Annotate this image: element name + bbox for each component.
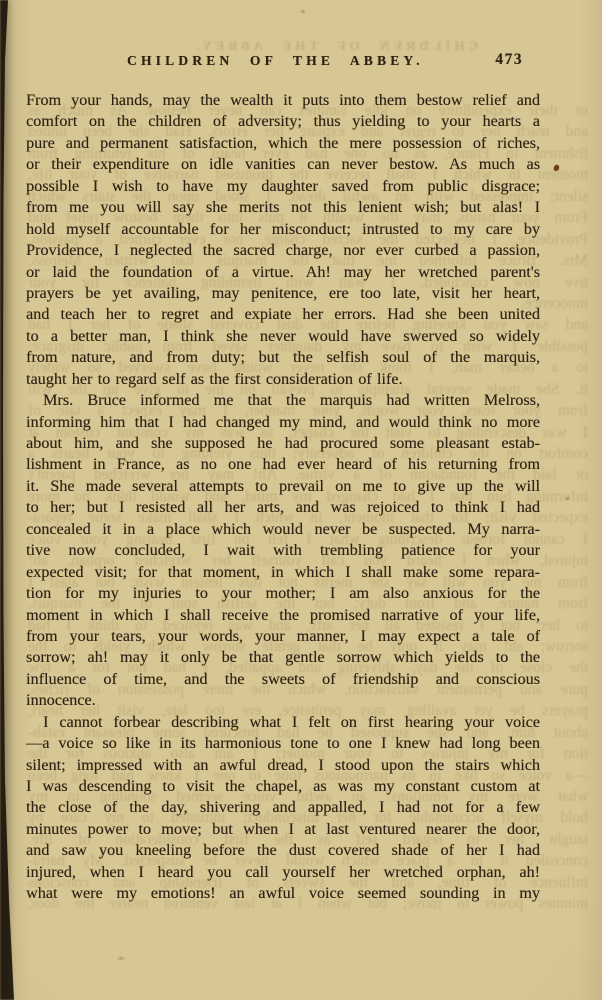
text-line: taught her to regard self as the first c… — [26, 369, 540, 390]
text-line: lishment in France, as no one had ever h… — [26, 454, 540, 475]
text-line: prayers be yet availing, may penitence, … — [26, 283, 540, 304]
text-line: Mrs. Bruce informed me that the marquis … — [26, 390, 540, 411]
text-line: minutes power to move; but when I at las… — [26, 819, 540, 840]
text-line: it. She made several attempts to prevail… — [26, 476, 540, 497]
text-line: or laid the foundation of a virtue. Ah! … — [26, 262, 540, 283]
text-line: from your tears, your words, your manner… — [26, 626, 540, 647]
text-line: hold myself accountable for her miscondu… — [26, 219, 540, 240]
text-line: tive now concluded, I wait with tremblin… — [26, 540, 540, 561]
text-line: I was descending to visit the chapel, as… — [26, 776, 540, 797]
running-head-title: CHILDREN OF THE ABBEY. — [127, 53, 424, 69]
text-line: from me you will say she merits not this… — [26, 197, 540, 218]
text-line: expected visit; for that moment, in whic… — [26, 562, 540, 583]
text-line: From your hands, may the wealth it puts … — [26, 90, 540, 111]
page-header: CHILDREN OF THE ABBEY. 473 — [0, 51, 602, 73]
text-line: tion for my injuries to your mother; I a… — [26, 583, 540, 604]
text-line: comfort on the children of adversity; th… — [26, 111, 540, 132]
ink-speck — [553, 164, 561, 172]
text-line: what were my emotions! an awful voice se… — [26, 883, 540, 904]
text-line: the close of the day, shivering and appa… — [26, 797, 540, 818]
text-line: or their expenditure on idle vanities ca… — [26, 154, 540, 175]
page-number: 473 — [495, 51, 523, 69]
text-line: silent; impressed with an awful dread, I… — [26, 755, 540, 776]
book-page-scan: CHILDREN OF THE ABBEY. or their expendit… — [0, 0, 602, 1000]
text-line: pure and permanent satisfaction, which t… — [26, 133, 540, 154]
text-line: influence of time, and the sweets of fri… — [26, 669, 540, 690]
text-line: —a voice so like in its harmonious tone … — [26, 733, 540, 754]
text-line: informing him that I had changed my mind… — [26, 412, 540, 433]
text-line: to a better man, I think she never would… — [26, 326, 540, 347]
text-line: and teach her to regret and expiate her … — [26, 304, 540, 325]
page-text-block: From your hands, may the wealth it puts … — [26, 90, 540, 905]
text-line: Providence, I neglected the sacred charg… — [26, 240, 540, 261]
ink-speck — [301, 10, 305, 13]
text-line: sorrow; ah! may it only be that gentle s… — [26, 647, 540, 668]
text-line: and saw you kneeling before the dust cov… — [26, 840, 540, 861]
text-line: to her; but I resisted all her arts, and… — [26, 497, 540, 518]
text-line: from nature, and from duty; but the self… — [26, 347, 540, 368]
ink-speck — [118, 957, 124, 960]
text-line: injured, when I heard you call yourself … — [26, 862, 540, 883]
text-line: innocence. — [26, 690, 540, 711]
text-line: I cannot forbear describing what I felt … — [26, 712, 540, 733]
text-line: concealed it in a place which would neve… — [26, 519, 540, 540]
text-line: possible I wish to have my daughter save… — [26, 176, 540, 197]
text-line: moment in which I shall receive the prom… — [26, 605, 540, 626]
text-line: about him, and she supposed he had procu… — [26, 433, 540, 454]
ink-speck — [566, 497, 569, 500]
